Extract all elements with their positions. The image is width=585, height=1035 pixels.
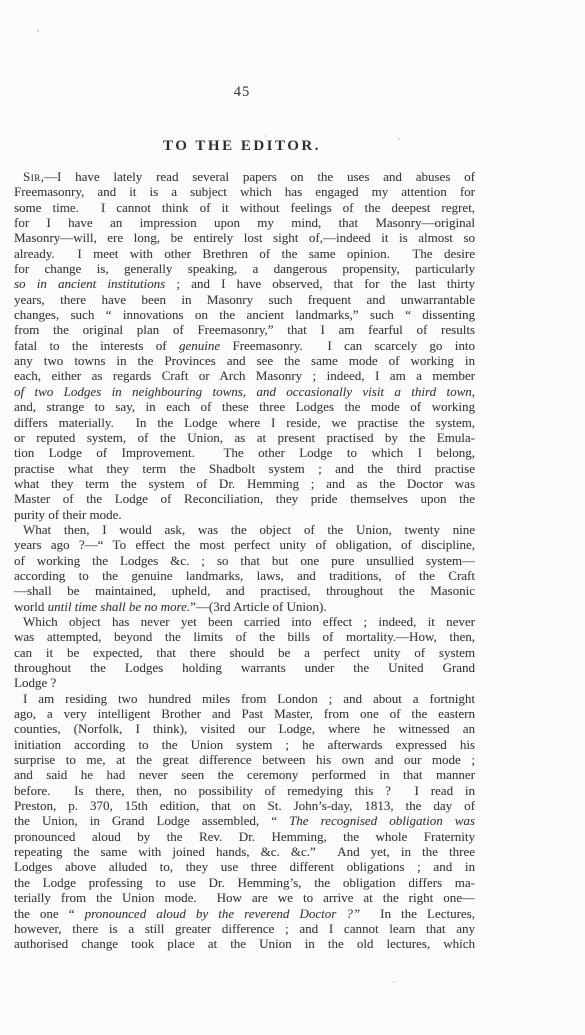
text-line: Freemasonry, and it is a subject which h… bbox=[14, 184, 475, 199]
italic-text: until time shall be no more. bbox=[48, 599, 191, 614]
text-line: —shall be maintained, upheld, and practi… bbox=[14, 583, 475, 598]
text-segment: Masonry—will, ere long, be entirely lost… bbox=[14, 230, 475, 245]
text-line: Masonry—will, ere long, be entirely lost… bbox=[14, 230, 475, 245]
text-line: for change is, generally speaking, a dan… bbox=[14, 261, 475, 276]
text-line: purity of their mode. bbox=[14, 507, 475, 522]
text-segment: years, there have been in Masonry such f… bbox=[14, 292, 475, 307]
text-line: the Lodge professing to use Dr. Hemming’… bbox=[14, 875, 475, 890]
text-segment: Preston, p. 370, 15th edition, that on S… bbox=[14, 798, 475, 813]
scan-speck bbox=[37, 30, 39, 32]
text-segment: changes, such “ innovations on the ancie… bbox=[14, 307, 475, 322]
text-line: world until time shall be no more.”—(3rd… bbox=[14, 599, 475, 614]
text-segment: already. I meet with other Brethren of t… bbox=[14, 246, 475, 261]
text-line: ago, a very intelligent Brother and Past… bbox=[14, 706, 475, 721]
text-segment: world bbox=[14, 599, 48, 614]
text-line: Which object has never yet been carried … bbox=[14, 614, 475, 629]
text-line: the Union, in Grand Lodge assembled, “ T… bbox=[14, 813, 475, 828]
italic-text: The recognised obligation was bbox=[289, 813, 475, 828]
text-line: differs materially. In the Lodge where I… bbox=[14, 415, 475, 430]
text-segment: ; and I have observed, that for the last… bbox=[165, 276, 475, 291]
text-segment: according to the genuine landmarks, laws… bbox=[14, 568, 475, 583]
text-segment: and said he had never seen the ceremony … bbox=[14, 767, 475, 782]
text-segment: repeating the same with joined hands, &c… bbox=[14, 844, 475, 859]
text-line: Lodge ? bbox=[14, 675, 475, 690]
text-segment: ,—I have lately read several papers on t… bbox=[41, 169, 475, 184]
text-line: changes, such “ innovations on the ancie… bbox=[14, 307, 475, 322]
text-line: authorised change took place at the Unio… bbox=[14, 936, 475, 951]
text-line: and, strange to say, in each of these th… bbox=[14, 399, 475, 414]
body-text: Sir,—I have lately read several papers o… bbox=[14, 169, 475, 952]
text-segment: tion Lodge of Improvement. The other Lod… bbox=[14, 445, 475, 460]
text-segment: years ago ?—“ To effect the most perfect… bbox=[14, 537, 475, 552]
text-line: pronounced aloud by the Rev. Dr. Hemming… bbox=[14, 829, 475, 844]
text-line: so in ancient institutions ; and I have … bbox=[14, 276, 475, 291]
text-segment: from the original plan of Freemasonry,” … bbox=[14, 322, 475, 337]
text-segment: was attempted, beyond the limits of the … bbox=[14, 629, 475, 644]
text-segment: of working the Lodges &c. ; so that but … bbox=[14, 553, 475, 568]
text-segment: counties, (Norfolk, I think), visited ou… bbox=[14, 721, 475, 736]
text-segment: ”—(3rd Article of Union). bbox=[190, 599, 326, 614]
text-line: was attempted, beyond the limits of the … bbox=[14, 629, 475, 644]
scan-speck bbox=[393, 981, 395, 983]
text-segment: surprise to me, at the great difference … bbox=[14, 752, 475, 767]
text-line: What then, I would ask, was the object o… bbox=[14, 522, 475, 537]
text-segment: can it be expected, that there should be… bbox=[14, 645, 475, 660]
text-segment: some time. I cannot think of it without … bbox=[14, 200, 475, 215]
text-segment: differs materially. In the Lodge where I… bbox=[14, 415, 475, 430]
text-segment: Lodges above alluded to, they use three … bbox=[14, 859, 475, 874]
text-line: surprise to me, at the great difference … bbox=[14, 752, 475, 767]
text-line: already. I meet with other Brethren of t… bbox=[14, 246, 475, 261]
text-segment: the Lodge professing to use Dr. Hemming’… bbox=[14, 875, 475, 890]
text-segment: purity of their mode. bbox=[14, 507, 122, 522]
text-segment: for I have an impression upon my mind, t… bbox=[14, 215, 475, 230]
italic-text: genuine bbox=[179, 338, 220, 353]
text-segment: practise what they term the Shadbolt sys… bbox=[14, 461, 475, 476]
text-segment: pronounced aloud by the Rev. Dr. Hemming… bbox=[14, 829, 475, 844]
text-line: Preston, p. 370, 15th edition, that on S… bbox=[14, 798, 475, 813]
text-line: terially from the Union mode. How are we… bbox=[14, 890, 475, 905]
text-line: some time. I cannot think of it without … bbox=[14, 200, 475, 215]
text-line: practise what they term the Shadbolt sys… bbox=[14, 461, 475, 476]
text-line: each, either as regards Craft or Arch Ma… bbox=[14, 368, 475, 383]
text-line: Master of the Lodge of Reconciliation, t… bbox=[14, 491, 475, 506]
text-segment: each, either as regards Craft or Arch Ma… bbox=[14, 368, 475, 383]
text-line: years, there have been in Masonry such f… bbox=[14, 292, 475, 307]
italic-text: so in ancient institutions bbox=[14, 276, 165, 291]
article-title: TO THE EDITOR. bbox=[14, 138, 470, 155]
text-segment: however, there is a still greater differ… bbox=[14, 921, 475, 936]
text-line: Sir,—I have lately read several papers o… bbox=[14, 169, 475, 184]
text-line: initiation according to the Union system… bbox=[14, 737, 475, 752]
text-segment: What then, I would ask, was the object o… bbox=[23, 522, 475, 537]
scanned-page: { "page": { "number": "45", "title": "TO… bbox=[0, 0, 585, 1035]
text-segment: Freemasonry. I can scarcely go into bbox=[220, 338, 475, 353]
text-segment: any two towns in the Provinces and see t… bbox=[14, 353, 475, 368]
text-line: the one “ pronounced aloud by the revere… bbox=[14, 906, 475, 921]
text-line: fatal to the interests of genuine Freema… bbox=[14, 338, 475, 353]
text-line: and said he had never seen the ceremony … bbox=[14, 767, 475, 782]
text-line: before. Is there, then, no possibility o… bbox=[14, 783, 475, 798]
text-line: from the original plan of Freemasonry,” … bbox=[14, 322, 475, 337]
text-segment: Master of the Lodge of Reconciliation, t… bbox=[14, 491, 475, 506]
italic-text: pronounced aloud by the reverend Doctor … bbox=[85, 906, 360, 921]
text-line: tion Lodge of Improvement. The other Lod… bbox=[14, 445, 475, 460]
page-number: 45 bbox=[14, 84, 470, 101]
text-segment: the one “ bbox=[14, 906, 85, 921]
text-line: years ago ?—“ To effect the most perfect… bbox=[14, 537, 475, 552]
text-segment: ago, a very intelligent Brother and Past… bbox=[14, 706, 475, 721]
text-line: however, there is a still greater differ… bbox=[14, 921, 475, 936]
text-line: can it be expected, that there should be… bbox=[14, 645, 475, 660]
text-line: counties, (Norfolk, I think), visited ou… bbox=[14, 721, 475, 736]
text-segment: before. Is there, then, no possibility o… bbox=[14, 783, 475, 798]
text-line: any two towns in the Provinces and see t… bbox=[14, 353, 475, 368]
text-segment: I am residing two hundred miles from Lon… bbox=[23, 691, 475, 706]
text-line: of two Lodges in neighbouring towns, and… bbox=[14, 384, 475, 399]
text-segment: and, strange to say, in each of these th… bbox=[14, 399, 475, 414]
text-line: of working the Lodges &c. ; so that but … bbox=[14, 553, 475, 568]
text-line: I am residing two hundred miles from Lon… bbox=[14, 691, 475, 706]
text-segment: what they term the system of Dr. Hemming… bbox=[14, 476, 475, 491]
text-segment: or reputed system, of the Union, as at p… bbox=[14, 430, 475, 445]
text-line: or reputed system, of the Union, as at p… bbox=[14, 430, 475, 445]
text-segment: authorised change took place at the Unio… bbox=[14, 936, 475, 951]
italic-text: of two Lodges in neighbouring towns, and… bbox=[14, 384, 475, 399]
text-segment: for change is, generally speaking, a dan… bbox=[14, 261, 475, 276]
text-line: repeating the same with joined hands, &c… bbox=[14, 844, 475, 859]
text-segment: the Union, in Grand Lodge assembled, “ bbox=[14, 813, 289, 828]
scan-speck bbox=[265, 135, 267, 137]
text-segment: —shall be maintained, upheld, and practi… bbox=[14, 583, 475, 598]
text-segment: fatal to the interests of bbox=[14, 338, 179, 353]
scan-speck bbox=[398, 138, 400, 140]
text-segment: initiation according to the Union system… bbox=[14, 737, 475, 752]
text-line: according to the genuine landmarks, laws… bbox=[14, 568, 475, 583]
text-line: for I have an impression upon my mind, t… bbox=[14, 215, 475, 230]
text-line: throughout the Lodges holding warrants u… bbox=[14, 660, 475, 675]
text-segment: terially from the Union mode. How are we… bbox=[14, 890, 475, 905]
text-segment: Lodge ? bbox=[14, 675, 56, 690]
text-line: Lodges above alluded to, they use three … bbox=[14, 859, 475, 874]
text-segment: throughout the Lodges holding warrants u… bbox=[14, 660, 475, 675]
text-segment: Which object has never yet been carried … bbox=[23, 614, 475, 629]
text-segment: In the Lectures, bbox=[360, 906, 475, 921]
text-line: what they term the system of Dr. Hemming… bbox=[14, 476, 475, 491]
smallcaps-text: Sir bbox=[23, 169, 41, 184]
text-segment: Freemasonry, and it is a subject which h… bbox=[14, 184, 475, 199]
